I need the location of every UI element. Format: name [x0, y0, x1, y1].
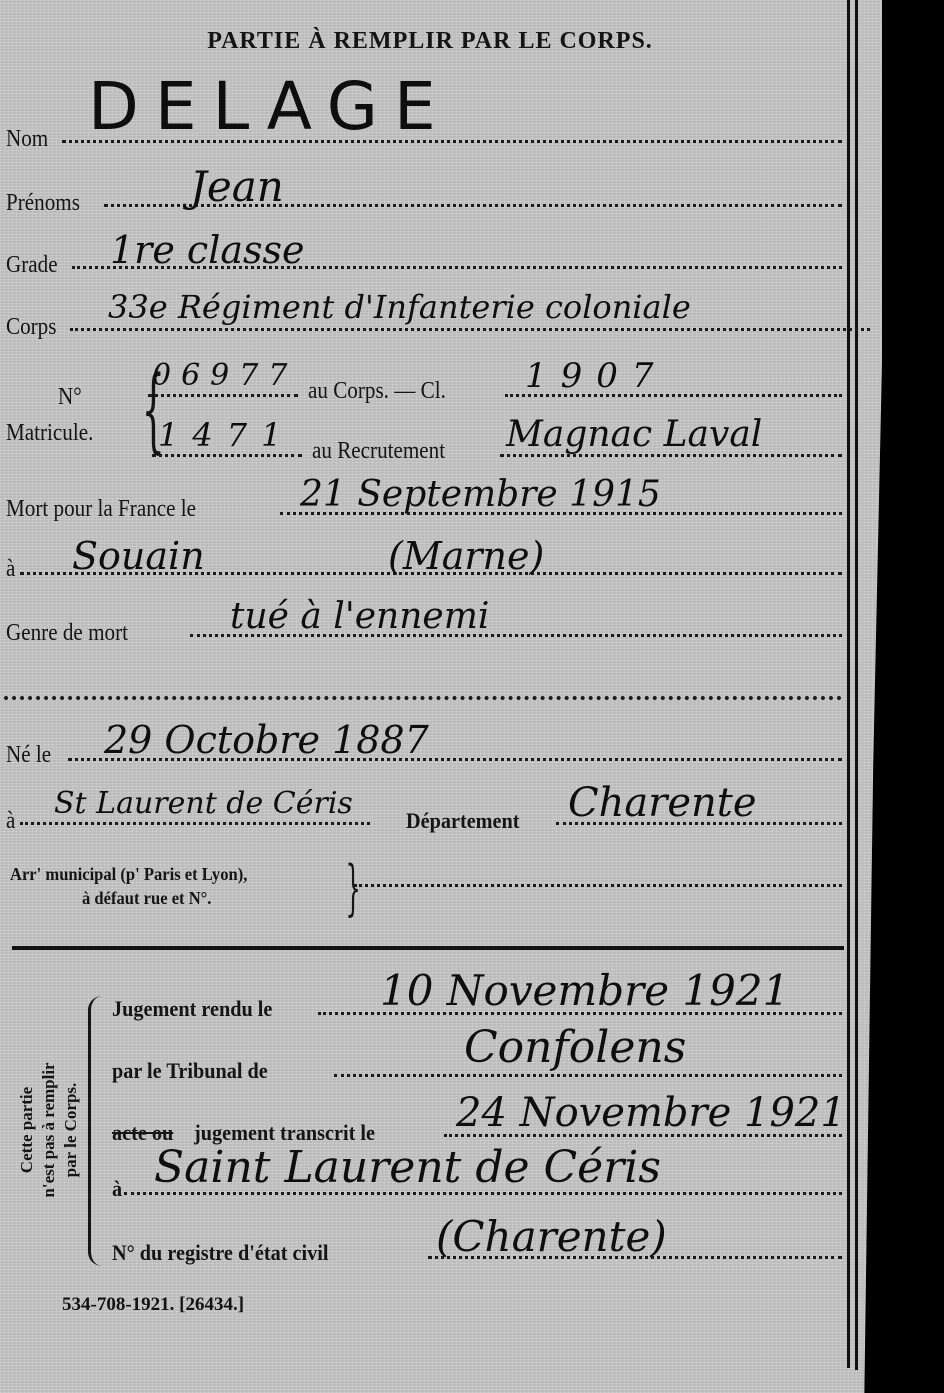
transcrit-value: 24 Novembre 1921	[456, 1090, 846, 1136]
matricule-corps-number: 06977	[152, 358, 297, 393]
departement-label: Département	[406, 808, 520, 834]
mort-label: Mort pour la France le	[6, 496, 196, 523]
corps-line	[70, 328, 870, 331]
lieu-naissance-line	[20, 822, 370, 825]
matricule-label-no: N°	[58, 384, 82, 411]
jugement-rendu-value: 10 Novembre 1921	[380, 966, 789, 1015]
transcription-lieu-value: Saint Laurent de Céris	[154, 1142, 661, 1193]
side-note-line-1: Cette partie	[16, 1020, 38, 1240]
tribunal-line	[334, 1074, 842, 1077]
mort-value: 21 Septembre 1915	[300, 474, 661, 515]
lieu-mort-dept: (Marne)	[388, 534, 544, 578]
departement-value: Charente	[568, 780, 757, 826]
prenoms-label: Prénoms	[6, 190, 80, 217]
naissance-value: 29 Octobre 1887	[104, 718, 429, 762]
lieu-mort-label: à	[6, 556, 15, 583]
matricule-label: Matricule.	[6, 420, 93, 447]
registre-value: (Charente)	[436, 1212, 667, 1261]
transcription-lieu-label: à	[112, 1176, 122, 1202]
section-separator-2	[12, 946, 844, 950]
section-separator-1	[4, 696, 842, 700]
grade-value: 1re classe	[110, 228, 305, 272]
matricule-recrutement-line	[152, 454, 302, 457]
lieu-naissance-label: à	[6, 808, 15, 835]
matricule-corps-suffix: au Corps. — Cl.	[308, 378, 446, 405]
print-code: 534-708-1921. [26434.]	[62, 1294, 244, 1316]
grade-label: Grade	[6, 252, 58, 279]
tribunal-label: par le Tribunal de	[112, 1058, 268, 1084]
genre-value: tué à l'ennemi	[230, 596, 489, 637]
arrondissement-brace: }	[345, 858, 360, 918]
nom-value: DELAGE	[88, 68, 452, 145]
nom-label: Nom	[6, 126, 48, 153]
tribunal-value: Confolens	[464, 1022, 686, 1073]
right-border-line	[847, 0, 850, 1368]
prenoms-value: Jean	[190, 162, 284, 211]
corps-label: Corps	[6, 314, 56, 341]
arrondissement-label-2: à défaut rue et N°.	[82, 888, 211, 909]
right-border-line-outer	[855, 0, 858, 1370]
genre-label: Genre de mort	[6, 620, 128, 647]
classe-value: 1907	[525, 356, 668, 396]
matricule-corps-line	[148, 394, 298, 397]
arrondissement-label-1: Arr' municipal (p' Paris et Lyon),	[10, 864, 247, 885]
corps-value: 33e Régiment d'Infanterie coloniale	[108, 288, 691, 326]
matricule-recrutement-number: 1471	[158, 416, 295, 454]
jugement-rendu-label: Jugement rendu le	[112, 996, 272, 1022]
recrutement-value: Magnac Laval	[506, 414, 762, 455]
document-title: PARTIE À REMPLIR PAR LE CORPS.	[0, 28, 860, 55]
lieu-mort-value: Souain	[72, 534, 205, 578]
naissance-label: Né le	[6, 742, 51, 769]
lieu-naissance-value: St Laurent de Céris	[54, 786, 353, 821]
document-card: PARTIE À REMPLIR PAR LE CORPS. Nom DELAG…	[0, 0, 882, 1393]
jugement-brace	[88, 996, 105, 1266]
side-note-line-2: n'est pas à remplir	[38, 1020, 60, 1240]
side-note-line-3: par le Corps.	[60, 1020, 82, 1240]
registre-label: N° du registre d'état civil	[112, 1240, 328, 1266]
matricule-recrutement-suffix: au Recrutement	[312, 438, 445, 465]
arrondissement-line	[354, 884, 842, 887]
